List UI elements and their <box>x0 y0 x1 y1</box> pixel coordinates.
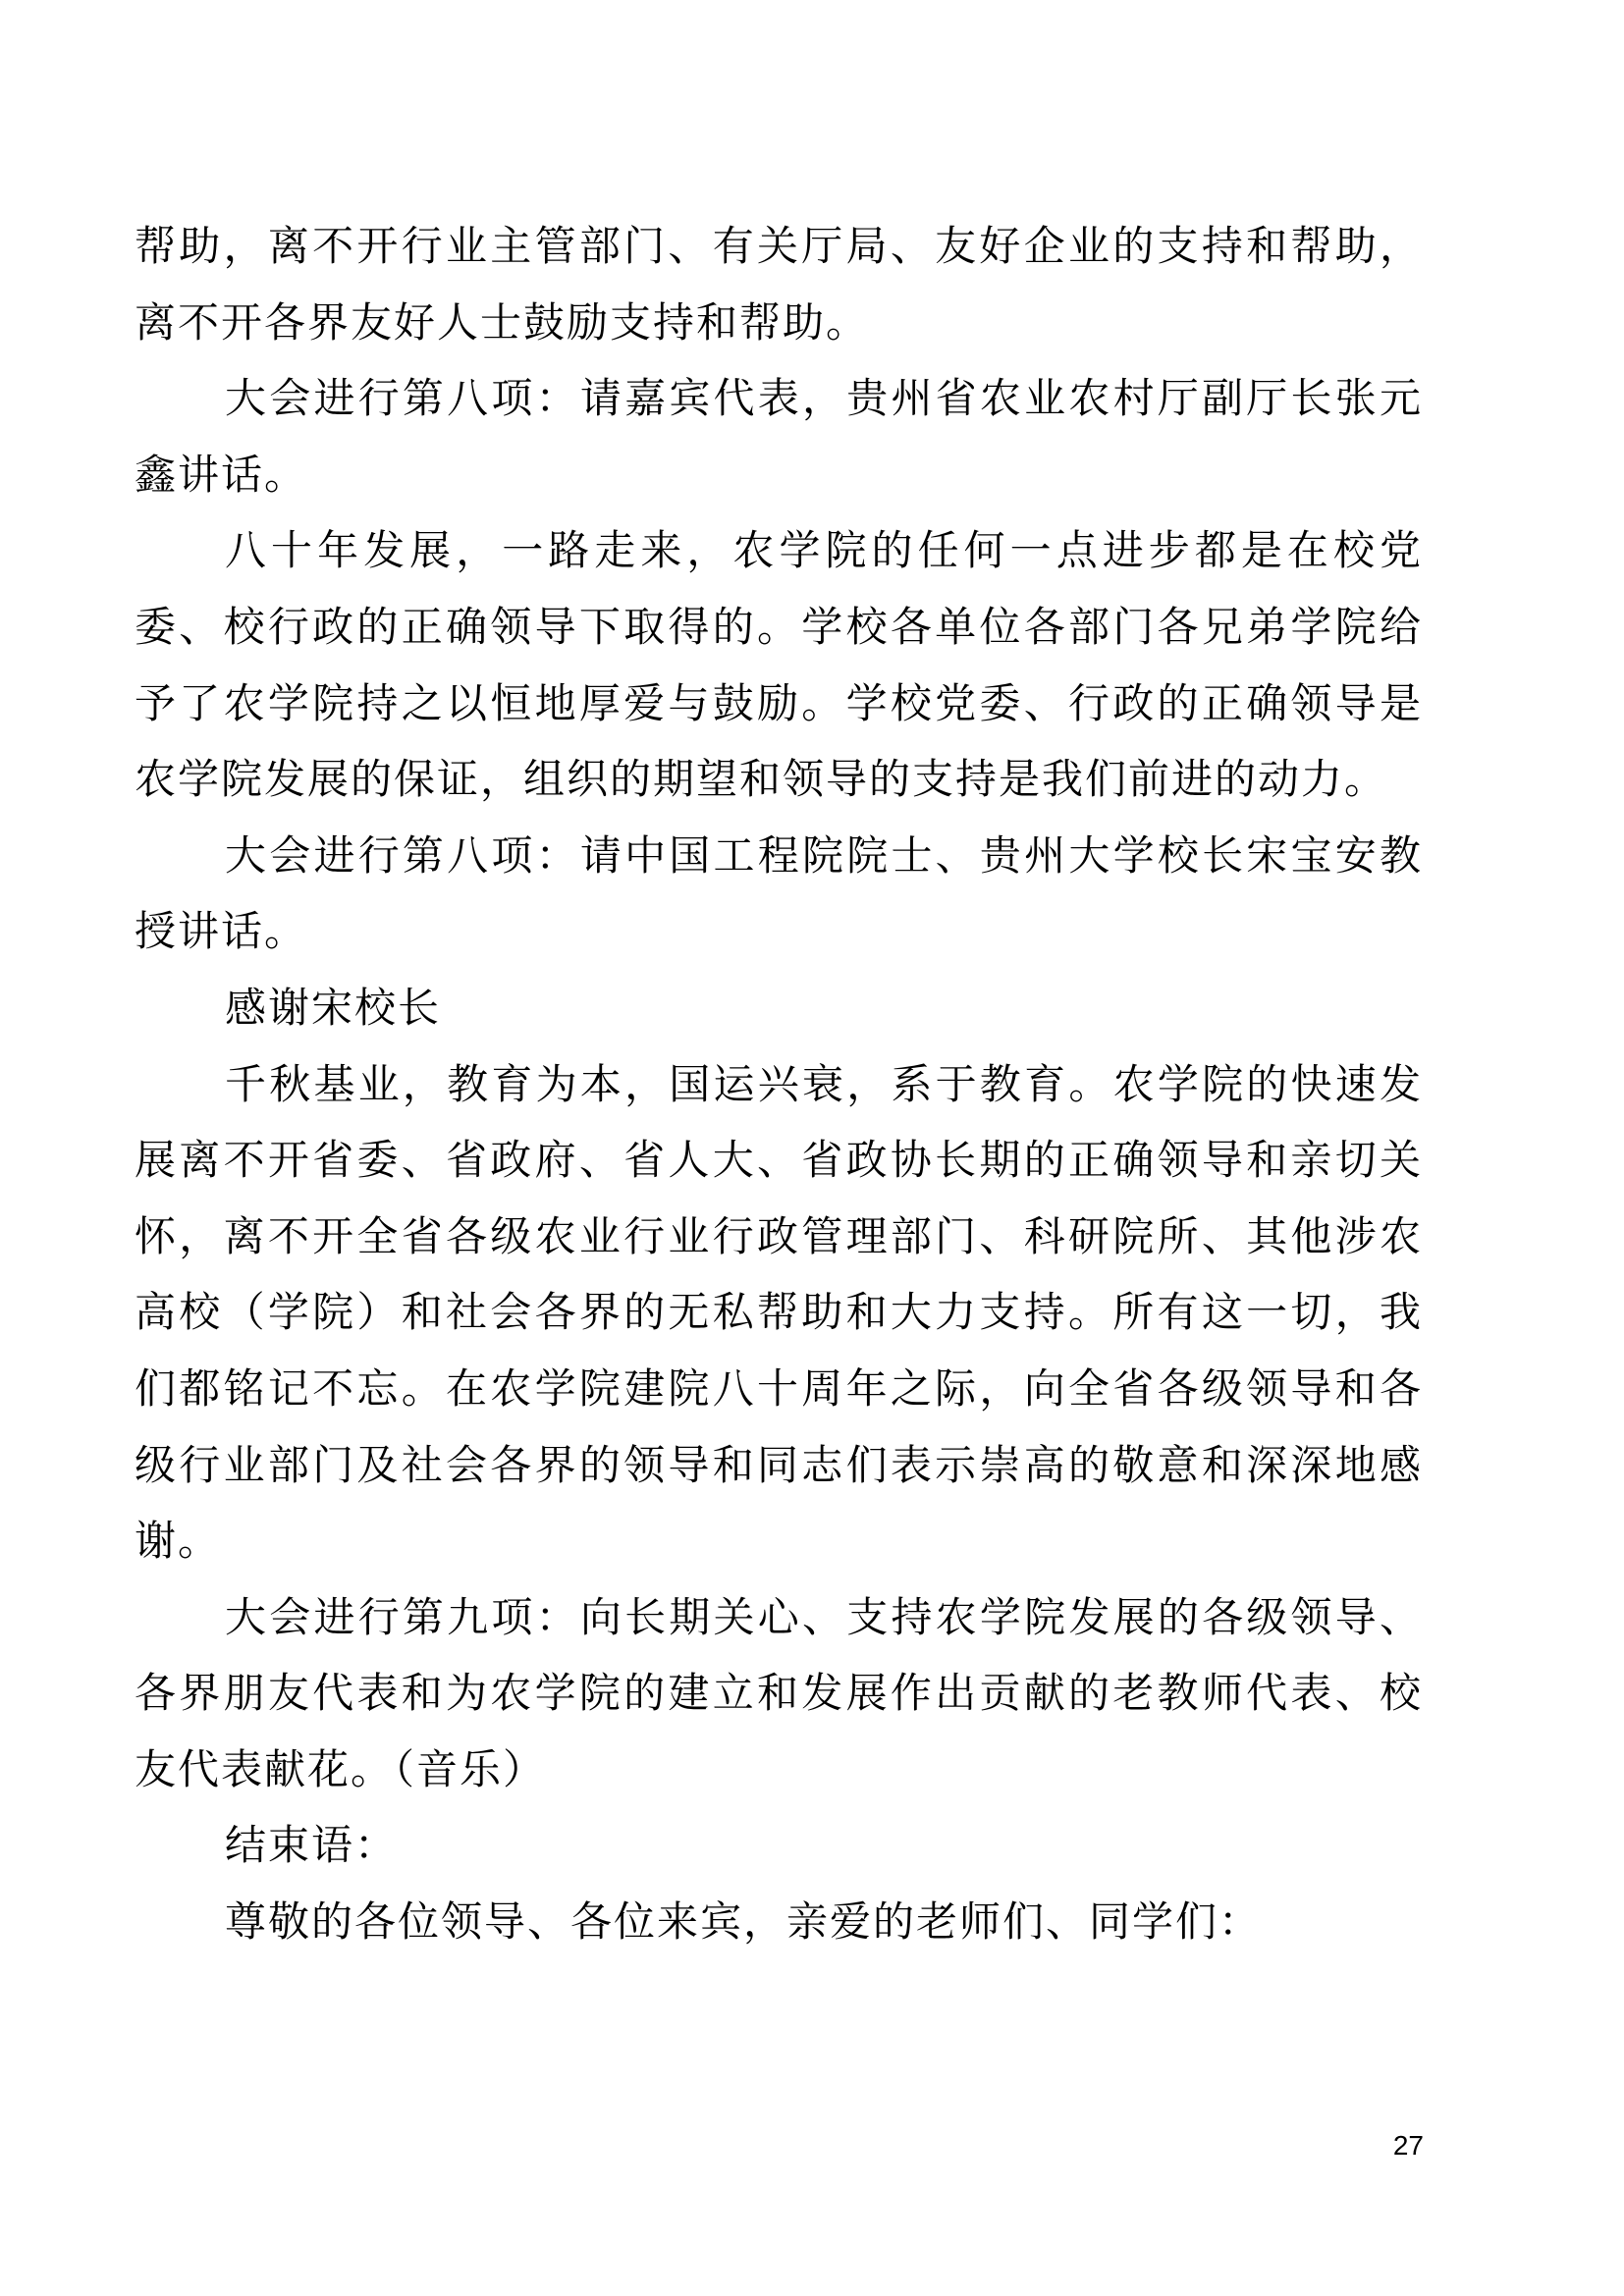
paragraph-agenda-item-8-guest: 大会进行第八项：请嘉宾代表，贵州省农业农村厅副厅长张元鑫讲话。 <box>135 360 1423 512</box>
paragraph-agenda-item-8-president: 大会进行第八项：请中国工程院院士、贵州大学校长宋宝安教授讲话。 <box>135 818 1423 970</box>
paragraph-thanks-president: 感谢宋校长 <box>135 970 1423 1046</box>
paragraph-salutation: 尊敬的各位领导、各位来宾，亲爱的老师们、同学们： <box>135 1884 1423 1960</box>
page-number: 27 <box>1393 2130 1424 2162</box>
paragraph-speech-development: 八十年发展，一路走来，农学院的任何一点进步都是在校党委、校行政的正确领导下取得的… <box>135 512 1423 817</box>
paragraph-continuation: 帮助，离不开行业主管部门、有关厅局、友好企业的支持和帮助，离不开各界友好人士鼓励… <box>135 208 1423 360</box>
body-text: 帮助，离不开行业主管部门、有关厅局、友好企业的支持和帮助，离不开各界友好人士鼓励… <box>135 208 1423 1960</box>
document-page: 帮助，离不开行业主管部门、有关厅局、友好企业的支持和帮助，离不开各界友好人士鼓励… <box>0 0 1624 2296</box>
paragraph-closing-remarks-label: 结束语： <box>135 1807 1423 1884</box>
paragraph-speech-education: 千秋基业，教育为本，国运兴衰，系于教育。农学院的快速发展离不开省委、省政府、省人… <box>135 1046 1423 1579</box>
paragraph-agenda-item-9-flowers: 大会进行第九项：向长期关心、支持农学院发展的各级领导、各界朋友代表和为农学院的建… <box>135 1579 1423 1808</box>
